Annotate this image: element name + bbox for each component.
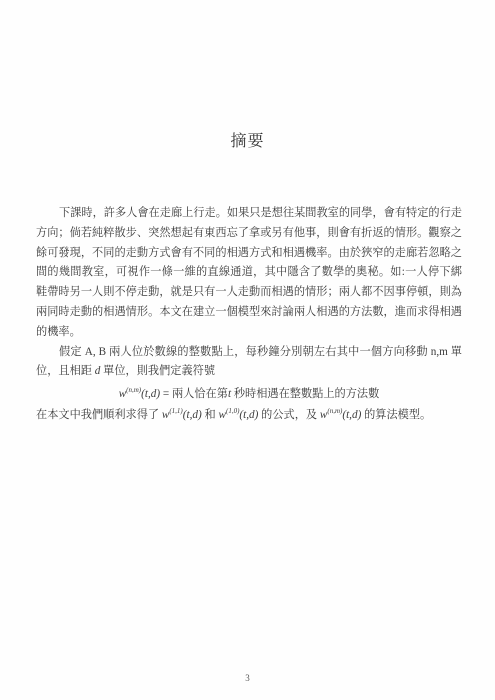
- closing-args-1: (t,d): [183, 409, 202, 421]
- page-number: 3: [0, 673, 495, 683]
- abstract-content: 下課時，許多人會在走廊上行走。如果只是想往某間教室的同學，會有特定的行走方向；倘…: [36, 204, 462, 424]
- closing-superscript-2: (1,0): [226, 407, 239, 415]
- closing-args-2: (t,d): [239, 409, 258, 421]
- closing-text-4: 的算法模型。: [361, 409, 431, 421]
- formula-arguments: (t,d): [141, 388, 160, 400]
- page-title: 摘要: [0, 128, 495, 151]
- document-page: 摘要 下課時，許多人會在走廊上行走。如果只是想往某間教室的同學，會有特定的行走方…: [0, 0, 495, 700]
- closing-text-3: 的公式，及: [258, 409, 320, 421]
- abstract-paragraph-1: 下課時，許多人會在走廊上行走。如果只是想往某間教室的同學，會有特定的行走方向；倘…: [36, 204, 462, 343]
- abstract-paragraph-2: 假定 A, B 兩人位於數線的整數點上，每秒鐘分別朝左右其中一個方向移動 n,m…: [36, 343, 462, 383]
- closing-args-3: (t,d): [342, 409, 361, 421]
- paragraph-2-text-end: 單位，則我們定義符號: [100, 365, 215, 377]
- closing-superscript-3: (n,m): [327, 407, 342, 415]
- closing-text-1: 在本文中我們順利求得了: [36, 409, 162, 421]
- closing-line: 在本文中我們順利求得了 w(1,1)(t,d) 和 w(1,0)(t,d) 的公…: [36, 403, 462, 424]
- formula-description-end: 秒時相遇在整數點上的方法數: [231, 388, 379, 400]
- formula-superscript: (n,m): [126, 386, 141, 394]
- closing-w2: w: [219, 409, 226, 421]
- closing-superscript-1: (1,1): [169, 407, 182, 415]
- formula-description-start: 兩人恰在第: [172, 388, 228, 400]
- closing-text-2: 和: [202, 409, 219, 421]
- paragraph-1-text: 下課時，許多人會在走廊上行走。如果只是想往某間教室的同學，會有特定的行走方向；倘…: [36, 207, 462, 338]
- formula-display: w(n,m)(t,d) = 兩人恰在第t 秒時相遇在整數點上的方法數: [36, 382, 462, 403]
- formula-equals-sign: =: [160, 388, 172, 400]
